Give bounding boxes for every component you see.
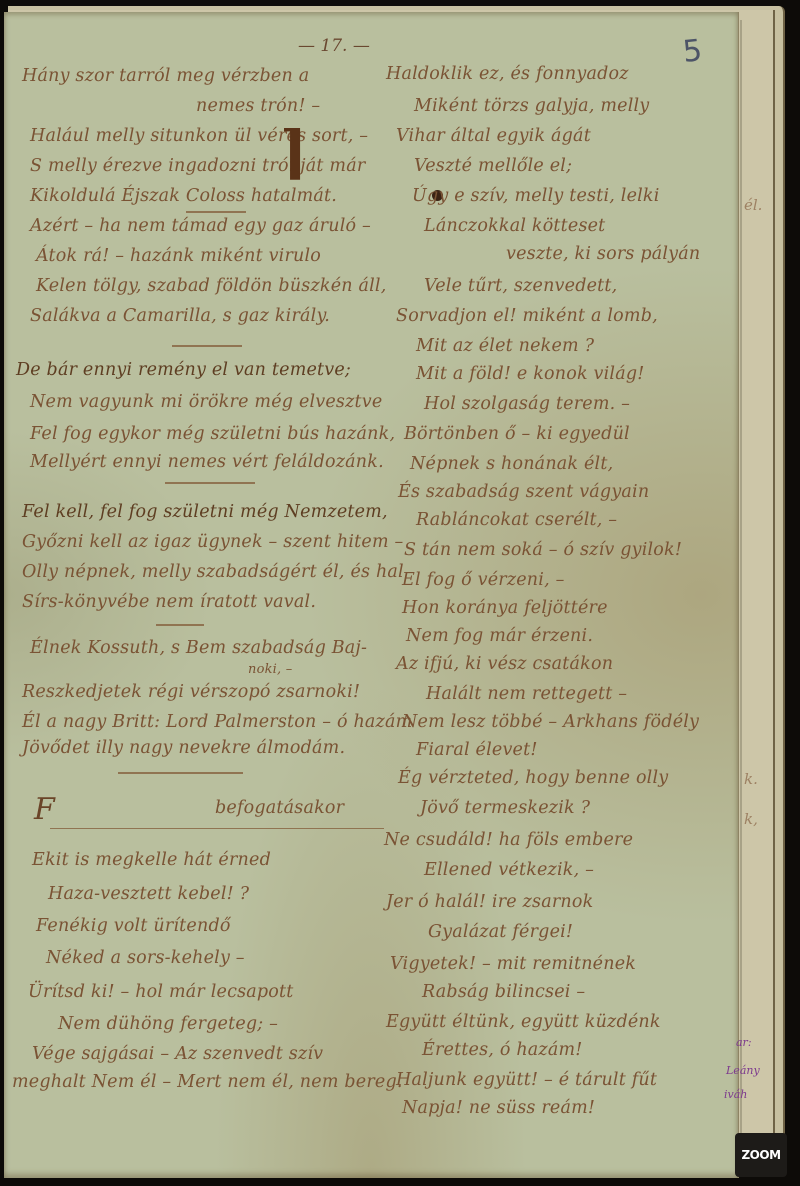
poem-line: Az ifjú, ki vész csatákon: [396, 656, 613, 674]
margin-note: él.: [744, 196, 762, 214]
poem-line: Átok rá! – hazánk miként virulo: [36, 248, 321, 266]
poem-line: S melly érezve ingadozni trónját már: [30, 158, 365, 176]
poem-line: Jövő termeskezik ?: [420, 800, 590, 818]
poem-line: Mit az élet nekem ?: [416, 338, 594, 356]
margin-note: k,: [744, 810, 758, 828]
poem-line: Reszkedjetek régi vérszopó zsarnoki!: [22, 684, 360, 702]
poem-line: Ne csudáld! ha föls embere: [384, 832, 633, 850]
poem-line: S tán nem soká – ó szív gyilok!: [404, 542, 682, 560]
poem-line: Haza-vesztett kebel! ?: [48, 886, 249, 904]
poem-line: Lánczokkal kötteset: [424, 218, 605, 236]
poem-line: Haljunk együtt! – é tárult fűt: [396, 1072, 657, 1090]
poem-line: Rabság bilincsei –: [422, 984, 585, 1002]
poem-line: Gyalázat férgei!: [428, 924, 573, 942]
poem-line: nemes trón! –: [196, 98, 320, 116]
poem-line: Népnek s honának élt,: [410, 456, 613, 474]
poem-line: Fenékig volt ürítendő: [36, 918, 231, 936]
poem-line: Hol szolgaság terem. –: [424, 396, 630, 414]
zoom-label: ZOOM: [741, 1148, 780, 1162]
divider: [156, 624, 204, 626]
poem-line: Győzni kell az igaz ügynek – szent hitem…: [22, 534, 403, 552]
poem-line: Él a nagy Britt: Lord Palmerston – ó haz…: [22, 714, 412, 732]
poem-line: Veszté mellőle el;: [414, 158, 572, 176]
poem-line: Jer ó halál! ire zsarnok: [386, 894, 593, 912]
poem-line: Nem lesz többé – Arkhans födély: [402, 714, 699, 732]
ink-correction-mark: ⌉: [280, 118, 307, 186]
poem-line: Fel kell, fel fog születni még Nemzetem,: [22, 504, 388, 522]
poem-line: Ürítsd ki! – hol már lecsapott: [28, 984, 294, 1002]
page-number: — 17. —: [298, 36, 370, 56]
poem-line: Vele tűrt, szenvedett,: [424, 278, 617, 296]
poem-line: Miként törzs galyja, melly: [414, 98, 649, 116]
heading-initial: F: [34, 792, 55, 827]
poem-line: Nem dühöng fergeteg; –: [58, 1016, 278, 1034]
poem-line: Haldoklik ez, és fonnyadoz: [386, 66, 629, 84]
poem-line: Úgy e szív, melly testi, lelki: [412, 188, 660, 206]
poem-line: Néked a sors-kehely –: [46, 950, 245, 968]
poem-line: Hon koránya feljöttére: [402, 600, 608, 618]
poem-line: Együtt éltünk, együtt küzdénk: [386, 1014, 661, 1032]
margin-note: k.: [744, 770, 758, 788]
poem-line: Fel fog egykor még születni bús hazánk,: [30, 426, 395, 444]
poem-line: noki, –: [248, 663, 292, 676]
poem-line: Halált nem rettegett –: [426, 686, 627, 704]
poem-line: Ég vérzteted, hogy benne olly: [398, 770, 668, 788]
corner-pencil-number: 5: [681, 33, 704, 70]
purple-stamp-text: ar:: [736, 1036, 752, 1049]
page-edge: [740, 20, 742, 1170]
divider: [165, 482, 255, 484]
poem-line: Salákva a Camarilla, s gaz király.: [30, 308, 330, 326]
poem-line: El fog ő vérzeni, –: [402, 572, 565, 590]
poem-line: Mit a föld! e konok világ!: [416, 366, 645, 384]
poem-line: De bár ennyi remény el van temetve;: [16, 362, 351, 380]
poem-line: Kelen tölgy, szabad földön büszkén áll,: [36, 278, 386, 296]
poem-line: Hány szor tarról meg vérzben a: [22, 68, 309, 86]
poem-line: Sírs-könyvébe nem íratott vaval.: [22, 594, 316, 612]
poem-line: Halául melly situnkon ül véres sort, –: [30, 128, 368, 146]
divider: [172, 345, 242, 347]
poem-line: Vigyetek! – mit remitnének: [390, 956, 636, 974]
poem-line: Nem vagyunk mi örökre még elvesztve: [30, 394, 382, 412]
poem-line: Élnek Kossuth, s Bem szabadság Baj-: [30, 640, 367, 658]
poem-line: Mellyért ennyi nemes vért feláldozánk.: [30, 454, 384, 472]
underline: [186, 211, 246, 213]
divider: [118, 772, 243, 774]
poem-line: És szabadság szent vágyain: [398, 484, 649, 502]
manuscript-scan: — 17. — 5 Hány szor tarról meg vérzben a…: [0, 0, 800, 1186]
poem-line: meghalt Nem él – Mert nem él, nem bereg.: [12, 1074, 403, 1092]
poem-line: Sorvadjon el! miként a lomb,: [396, 308, 658, 326]
poem-line: Ellened vétkezik, –: [424, 862, 594, 880]
poem-line: Rabláncokat cserélt, –: [416, 512, 617, 530]
zoom-watermark-logo: ZOOM: [735, 1133, 787, 1177]
poem-line: Börtönben ő – ki egyedül: [404, 426, 630, 444]
poem-line: Fiaral élevet!: [416, 742, 538, 760]
purple-stamp-text: Leány: [726, 1064, 760, 1077]
section-heading: befogatásakor: [215, 800, 344, 818]
heading-underline: [50, 828, 384, 829]
poem-line: Ekit is megkelle hát érned: [32, 852, 271, 870]
poem-line: Jövődet illy nagy nevekre álmodám.: [22, 740, 345, 758]
poem-line: Kikoldulá Éjszak Coloss hatalmát.: [30, 188, 337, 206]
purple-stamp-text: iváh: [724, 1088, 747, 1101]
poem-line: Azért – ha nem támad egy gaz áruló –: [30, 218, 371, 236]
poem-line: Napja! ne süss reám!: [402, 1100, 595, 1118]
poem-line: Olly népnek, melly szabadságért él, és h…: [22, 564, 404, 582]
poem-line: Érettes, ó hazám!: [422, 1042, 583, 1060]
poem-line: Vége sajgásai – Az szenvedt szív: [32, 1046, 323, 1064]
poem-line: Vihar által egyik ágát: [396, 128, 591, 146]
poem-line: Nem fog már érzeni.: [406, 628, 593, 646]
poem-line: veszte, ki sors pályán: [506, 246, 700, 264]
